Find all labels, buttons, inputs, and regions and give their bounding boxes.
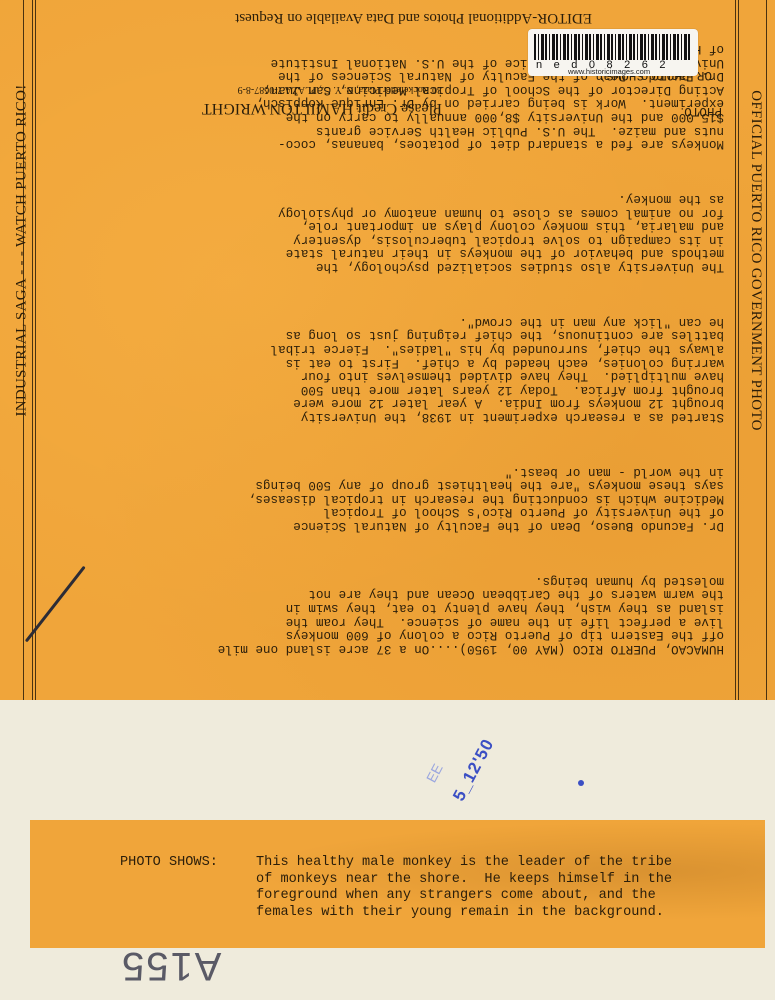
dateline-paragraph: HUMACAO, PUERTO RICO (MAY 00, 1950)....O… xyxy=(64,573,724,655)
paragraph-dean: Dr. Facundo Bueso, Dean of the Faculty o… xyxy=(64,464,724,532)
barcode-site: www.historicimages.com xyxy=(568,67,650,76)
paragraph-research: The University also studies socialized p… xyxy=(64,191,724,273)
caption-text: This healthy male monkey is the leader o… xyxy=(256,855,766,921)
paragraph-history: Started as a research experiment in 1938… xyxy=(64,314,724,423)
editor-note: EDITOR-Additional Photos and Data Availa… xyxy=(235,9,592,26)
credit-block: Please Credit HAMILTON WRIGHT 30 Rockefe… xyxy=(62,84,442,117)
ink-dot xyxy=(578,780,584,786)
credit-line: Please Credit HAMILTON WRIGHT xyxy=(62,99,442,117)
handwritten-code: A155 xyxy=(120,943,221,988)
border-line xyxy=(735,0,736,700)
credit-address: 30 Rockefeller Plaza, N. Y. C., PLAZA 7-… xyxy=(62,84,442,95)
side-banner-left: INDUSTRIAL SAGA - - - WATCH PUERTO RICO! xyxy=(8,30,36,470)
side-banner-right: OFFICIAL PUERTO RICO GOVERNMENT PHOTO xyxy=(740,10,770,510)
press-release-sheet: INDUSTRIAL SAGA - - - WATCH PUERTO RICO!… xyxy=(0,0,775,700)
border-line xyxy=(738,0,739,700)
side-banner-right-text: OFFICIAL PUERTO RICO GOVERNMENT PHOTO xyxy=(747,90,764,431)
photo-label: PHOTO xyxy=(684,103,722,117)
upside-down-content: HUMACAO, PUERTO RICO (MAY 00, 1950)....O… xyxy=(42,0,732,700)
caption-label: PHOTO SHOWS: xyxy=(120,855,218,870)
side-banner-left-text: INDUSTRIAL SAGA - - - WATCH PUERTO RICO! xyxy=(14,84,31,416)
barcode-icon xyxy=(534,34,692,60)
barcode-label: ned08262 www.historicimages.com xyxy=(528,29,698,76)
caption-slip: PHOTO SHOWS: This healthy male monkey is… xyxy=(30,820,765,948)
